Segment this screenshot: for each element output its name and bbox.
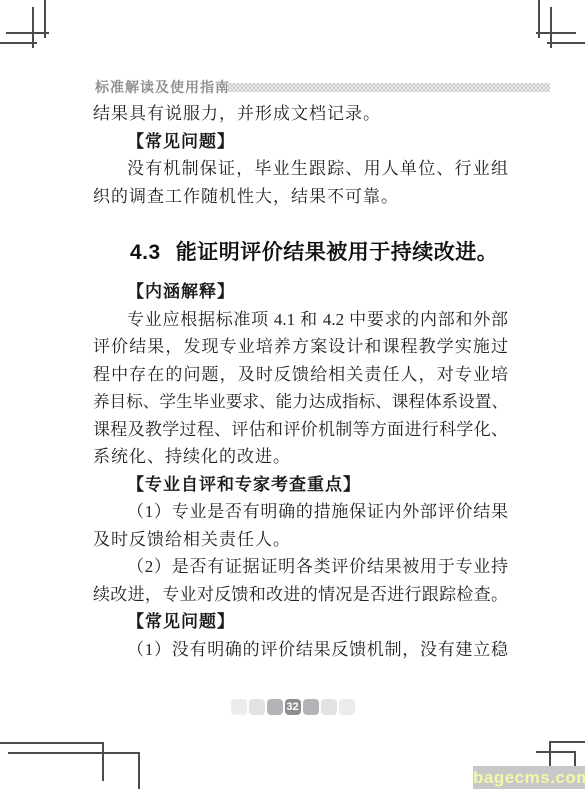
header-decoration-band — [227, 83, 550, 92]
pager-square — [303, 699, 319, 715]
section-heading-4-3: 4.3能证明评价结果被用于持续改进。 — [93, 238, 508, 268]
body-line: 课程及教学过程、评估和评价机制等方面进行科学化、 — [93, 416, 508, 444]
body-line: 养目标、学生毕业要求、能力达成指标、课程体系设置、 — [93, 388, 508, 416]
body-line: 及时反馈给相关责任人。 — [93, 526, 508, 554]
body-line: （2）是否有证据证明各类评价结果被用于专业持 — [93, 553, 508, 581]
watermark-bagecms: bagecms.com — [473, 766, 585, 789]
body-line: 系统化、持续化的改进。 — [93, 443, 508, 471]
body-line: 评价结果，发现专业培养方案设计和课程教学实施过 — [93, 333, 508, 361]
body-line: （1）专业是否有明确的措施保证内外部评价结果 — [93, 498, 508, 526]
section-label-common-problems-2: 【常见问题】 — [93, 608, 508, 636]
body-line: 专业应根据标准项 4.1 和 4.2 中要求的内部和外部 — [93, 306, 508, 334]
pager-square-current: 32 — [285, 699, 301, 715]
pager-square — [339, 699, 355, 715]
section-title: 能证明评价结果被用于持续改进。 — [176, 241, 499, 264]
body-line: 续改进，专业对反馈和改进的情况是否进行跟踪检查。 — [93, 581, 508, 609]
body-line: 程中存在的问题，及时反馈给相关责任人，对专业培 — [93, 361, 508, 389]
body-line: （1）没有明确的评价结果反馈机制，没有建立稳 — [93, 636, 508, 664]
book-page: bagecms.com 标准解读及使用指南 结果具有说服力，并形成文档记录。 【… — [0, 0, 585, 789]
section-label-common-problems: 【常见问题】 — [93, 128, 508, 156]
pager-square — [249, 699, 265, 715]
pager-square — [321, 699, 337, 715]
body-line: 织的调查工作随机性大，结果不可靠。 — [93, 183, 508, 211]
page-number-bar: 32 — [0, 699, 585, 715]
pager-square — [231, 699, 247, 715]
pager-square — [267, 699, 283, 715]
page-content: 结果具有说服力，并形成文档记录。 【常见问题】 没有机制保证，毕业生跟踪、用人单… — [93, 100, 508, 663]
header-title: 标准解读及使用指南 — [95, 77, 230, 97]
section-label-connotation: 【内涵解释】 — [93, 278, 508, 306]
section-label-self-review: 【专业自评和专家考查重点】 — [93, 471, 508, 499]
section-number: 4.3 — [130, 241, 161, 264]
body-line: 没有机制保证，毕业生跟踪、用人单位、行业组 — [93, 155, 508, 183]
page-number: 32 — [286, 699, 298, 715]
body-line: 结果具有说服力，并形成文档记录。 — [93, 100, 508, 128]
